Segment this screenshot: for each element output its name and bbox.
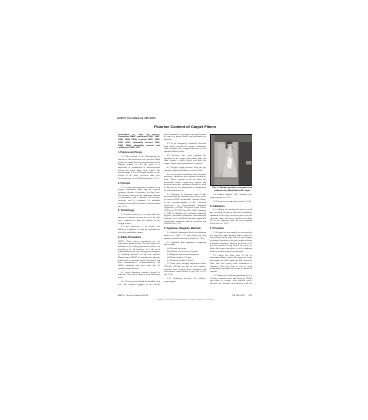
- paragraph: 2.1 A carpet fiber specimen is burned in…: [118, 187, 160, 209]
- column-3: Fig. 1—Sample specimen suspended from pl…: [210, 134, 252, 286]
- paragraph: 4.3 In an adequately ventilated chemical…: [164, 143, 206, 154]
- paragraph: 5.3 Total ionic strength adjustment buff…: [164, 263, 206, 277]
- paragraph: 5.4 Sodium fluoride, NaF, standard; dry,…: [210, 194, 252, 199]
- footer-method-code: TM 189-2011: [232, 295, 245, 297]
- paragraph: 7.2 Charge the flask with 10 mL of absor…: [210, 255, 252, 274]
- paragraph: 4.4 Exercise care when igniting the spec…: [164, 155, 206, 166]
- page-title: Fluorine Content of Carpet Fibers: [117, 125, 253, 129]
- paragraph: 5.2 Standard glass apparatus comprising …: [164, 242, 206, 247]
- doc-header: AATCC Test Method 189-2011: [117, 117, 253, 120]
- paragraph: 3.1 fluorine content, n.—of carpet fiber…: [118, 214, 160, 225]
- paragraph: 7.1 Prepare the test sample by removing …: [210, 232, 252, 254]
- paragraph: 4.2 All chemicals should be handled with…: [118, 281, 160, 286]
- section-7-header: 7. Procedure: [210, 228, 252, 231]
- paragraph: 6.1 Calibrate the fluoride ion meter on …: [210, 209, 252, 225]
- paragraph: 5.1 Official combustion flask with plati…: [164, 232, 206, 240]
- paragraph: 5.3.1 Hydrogen peroxide, 3% solution, re…: [164, 278, 206, 283]
- column-1: Developed in 1959 by AATCC Committee RA8…: [118, 134, 160, 286]
- paragraph: 1.1 This method is for determining the a…: [118, 156, 160, 180]
- footer-right: TM 189-2011 323: [232, 295, 252, 297]
- document-preview: AATCC Test Method 189-2011 Fluorine Cont…: [0, 0, 368, 420]
- section-2-header: 2. Principle: [118, 183, 160, 186]
- paragraph: 3.2 soil repellency, n.—in textiles, the…: [118, 226, 160, 234]
- revision-history: Developed in 1959 by AATCC Committee RA8…: [118, 134, 160, 150]
- section-6-header: 6. Calibration: [210, 206, 252, 209]
- page: AATCC Test Method 189-2011 Fluorine Cont…: [117, 117, 253, 303]
- safety-note: NOTE: These safety precautions are for i…: [118, 241, 160, 271]
- footer-manual-name: AATCC Technical Manual/2018: [118, 295, 148, 297]
- paragraph: 5.5 Fluorine-free carpet pile yarn (see …: [210, 201, 252, 204]
- column-2: metric standard. The prepared solutions …: [164, 134, 206, 286]
- section-4-header: 4. Safety Precautions: [118, 237, 160, 240]
- flask-photo-illustration: [210, 134, 252, 186]
- copyright-line: Copyright © 2017 American Association of…: [117, 299, 253, 301]
- page-footer: AATCC Technical Manual/2018 TM 189-2011 …: [118, 295, 252, 297]
- section-1-header: 1. Purpose and Scope: [118, 152, 160, 155]
- figure-caption: Fig. 1—Sample specimen suspended from pl…: [210, 187, 252, 192]
- section-3-header: 3. Terminology: [118, 210, 160, 213]
- paragraph: 7.3 Transfer the solution quantitatively…: [210, 275, 252, 286]
- paragraph: 4.1 Good laboratory practices should be …: [118, 272, 160, 280]
- paragraph: 4.5 Oxygen supply pressure from the gas …: [164, 167, 206, 172]
- footer-page-number: 323: [248, 295, 252, 297]
- section-5-header: 5. Apparatus, Reagents, Materials: [164, 228, 206, 231]
- paragraph: 4.6 An exposure assessment of the chemic…: [164, 174, 206, 193]
- figure-1: Fig. 1—Sample specimen suspended from pl…: [210, 134, 252, 192]
- figure-photo: [210, 134, 252, 186]
- columns: Developed in 1959 by AATCC Committee RA8…: [118, 134, 252, 286]
- continuation-text: metric standard. The prepared solutions …: [164, 134, 206, 142]
- paragraph: 4.7 Exposure to chemicals used in this p…: [164, 194, 206, 226]
